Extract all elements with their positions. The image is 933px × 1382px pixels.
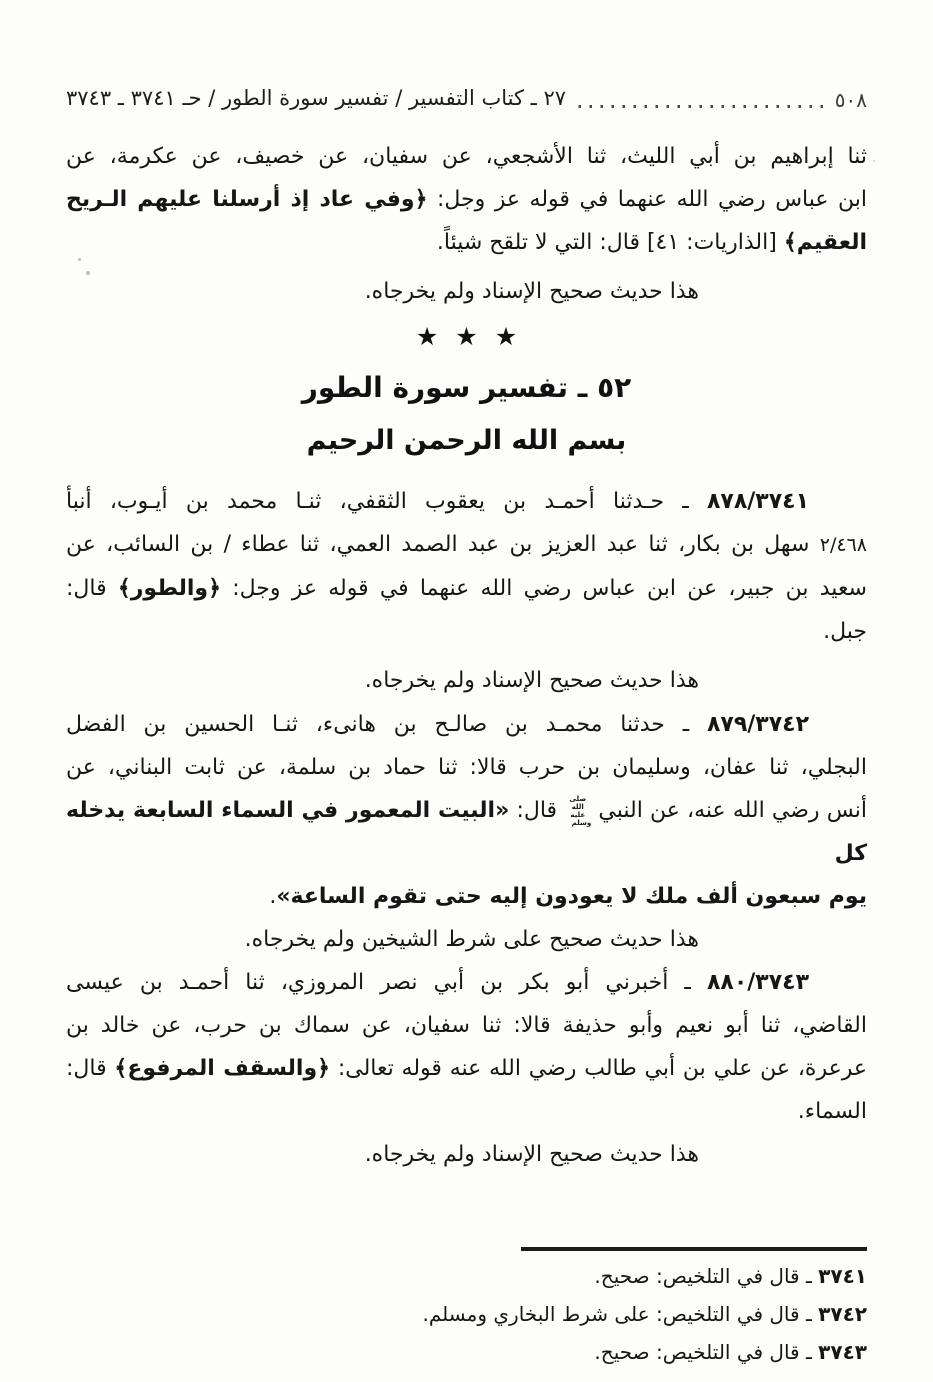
intro-paragraph: ثنا إبراهيم بن أبي الليث، ثنا الأشجعي، ع… bbox=[66, 135, 867, 264]
scan-speck bbox=[78, 258, 81, 261]
basmala: بسم الله الرحمن الرحيم bbox=[66, 419, 867, 463]
footnote-number: ٣٧٤١ bbox=[818, 1264, 867, 1288]
hadith-paragraph-3741: ٨٧٨/٣٧٤١ ـ حـدثنا أحمـد بن يعقوب الثقفي،… bbox=[66, 480, 867, 653]
stars-separator: ★★★ bbox=[66, 315, 867, 358]
text-segment: عرعرة، عن علي بن أبي طالب رضي الله عنه ق… bbox=[330, 1056, 867, 1081]
scan-speck bbox=[873, 160, 875, 162]
pbuh-ligature: صلى الله عليه وسلم bbox=[564, 795, 591, 827]
header-title: ٢٧ ـ كتاب التفسير / تفسير سورة الطور / ح… bbox=[66, 86, 566, 110]
text-segment: قال: bbox=[66, 1056, 114, 1081]
hadith-grading: هذا حديث صحيح على شرط الشيخين ولم يخرجاه… bbox=[66, 918, 867, 961]
page-number: ٥٠٨ bbox=[835, 88, 867, 112]
text-line: ٨٨٠/٣٧٤٣ ـ أخبرني أبو بكر بن أبي نصر الم… bbox=[66, 961, 867, 1004]
text-segment: ﴿وفي عاد إذ أرسلنا عليهم الـريح bbox=[66, 187, 427, 212]
text-segment: أنس رضي الله عنه، عن النبي bbox=[591, 798, 867, 823]
text-segment: ثنا إبراهيم بن أبي الليث، ثنا الأشجعي، ع… bbox=[66, 144, 867, 169]
text-line: أنس رضي الله عنه، عن النبي صلى الله عليه… bbox=[66, 789, 867, 875]
text-line: السماء. bbox=[66, 1090, 867, 1133]
text-segment: قال: bbox=[509, 798, 564, 823]
footnote-text: ـ قال في التلخيص: صحيح. bbox=[594, 1340, 818, 1364]
text-line: عرعرة، عن علي بن أبي طالب رضي الله عنه ق… bbox=[66, 1047, 867, 1090]
hadith-grading: هذا حديث صحيح الإسناد ولم يخرجاه. bbox=[66, 1133, 867, 1176]
footnote-text: ـ قال في التلخيص: صحيح. bbox=[594, 1264, 818, 1288]
text-segment: القاضي، ثنا أبو نعيم وأبو حذيفة قالا: ثن… bbox=[66, 1013, 867, 1038]
text-segment: ٢/٤٦٨ bbox=[820, 534, 867, 556]
footnote-separator bbox=[521, 1247, 867, 1251]
text-line: العقيم﴾ [الذاريات: ٤١] قال: التي لا تلقح… bbox=[66, 221, 867, 264]
text-line: القاضي، ثنا أبو نعيم وأبو حذيفة قالا: ثن… bbox=[66, 1004, 867, 1047]
footnote-number: ٣٧٤٢ bbox=[818, 1302, 867, 1326]
text-segment: سهل بن بكار، ثنا عبد العزيز بن عبد الصمد… bbox=[66, 532, 820, 557]
scanned-book-page: ٥٠٨ ٢٧ ـ كتاب التفسير / تفسير سورة الطور… bbox=[0, 0, 933, 1382]
footnote-item: ٣٧٤٢ ـ قال في التلخيص: على شرط البخاري و… bbox=[66, 1295, 867, 1333]
text-line: البجلي، ثنا عفان، وسليمان بن حرب قالا: ث… bbox=[66, 746, 867, 789]
text-line: جبل. bbox=[66, 610, 867, 653]
hadith-paragraph-3743: ٨٨٠/٣٧٤٣ ـ أخبرني أبو بكر بن أبي نصر الم… bbox=[66, 961, 867, 1133]
footnote-item: ٣٧٤١ ـ قال في التلخيص: صحيح. bbox=[66, 1257, 867, 1295]
hadith-grading: هذا حديث صحيح الإسناد ولم يخرجاه. bbox=[66, 659, 867, 702]
text-segment: ﴿والسقف المرفوع﴾ bbox=[114, 1056, 330, 1081]
text-line: سعيد بن جبير، عن ابن عباس رضي الله عنهما… bbox=[66, 567, 867, 610]
text-segment: [الذاريات: ٤١] قال: التي لا تلقح شيئاً. bbox=[437, 230, 784, 255]
header-dotted-leader bbox=[578, 105, 823, 108]
text-line: يوم سبعون ألف ملك لا يعودون إليه حتى تقو… bbox=[66, 875, 867, 918]
text-segment: ابن عباس رضي الله عنهما في قوله عز وجل: bbox=[427, 187, 867, 212]
text-block: ٥٠٨ ٢٧ ـ كتاب التفسير / تفسير سورة الطور… bbox=[66, 0, 867, 1371]
footnote-text: ـ قال في التلخيص: على شرط البخاري ومسلم. bbox=[423, 1302, 819, 1326]
text-segment: قال: bbox=[66, 576, 118, 601]
footnote-item: ٣٧٤٣ ـ قال في التلخيص: صحيح. bbox=[66, 1333, 867, 1371]
hadith-grading: هذا حديث صحيح الإسناد ولم يخرجاه. bbox=[66, 270, 867, 313]
text-segment: ـ حدثنا محمـد بن صالـح بن هانىء، ثنـا ال… bbox=[66, 712, 707, 737]
text-segment: سعيد بن جبير، عن ابن عباس رضي الله عنهما… bbox=[221, 576, 867, 601]
text-segment: السماء. bbox=[798, 1099, 867, 1124]
text-line: ٢/٤٦٨ سهل بن بكار، ثنا عبد العزيز بن عبد… bbox=[66, 523, 867, 567]
scan-speck bbox=[86, 271, 90, 275]
text-line: ٨٧٩/٣٧٤٢ ـ حدثنا محمـد بن صالـح بن هانىء… bbox=[66, 703, 867, 746]
text-segment: جبل. bbox=[823, 619, 867, 644]
text-segment: يوم سبعون ألف ملك لا يعودون إليه حتى تقو… bbox=[276, 884, 867, 909]
hadith-paragraph-3742: ٨٧٩/٣٧٤٢ ـ حدثنا محمـد بن صالـح بن هانىء… bbox=[66, 703, 867, 918]
footnotes-block: ٣٧٤١ ـ قال في التلخيص: صحيح. ٣٧٤٢ ـ قال … bbox=[66, 1257, 867, 1371]
running-header: ٥٠٨ ٢٧ ـ كتاب التفسير / تفسير سورة الطور… bbox=[66, 76, 867, 119]
text-segment: العقيم﴾ bbox=[784, 230, 867, 255]
text-segment: ٨٧٩/٣٧٤٢ bbox=[707, 712, 809, 737]
text-segment: البجلي، ثنا عفان، وسليمان بن حرب قالا: ث… bbox=[66, 755, 867, 780]
text-segment: ٨٧٨/٣٧٤١ bbox=[707, 489, 809, 514]
text-segment: ـ حـدثنا أحمـد بن يعقوب الثقفي، ثنـا محم… bbox=[66, 489, 707, 514]
text-line: ٨٧٨/٣٧٤١ ـ حـدثنا أحمـد بن يعقوب الثقفي،… bbox=[66, 480, 867, 523]
text-segment: ٨٨٠/٣٧٤٣ bbox=[707, 970, 809, 995]
text-segment: ـ أخبرني أبو بكر بن أبي نصر المروزي، ثنا… bbox=[66, 970, 707, 995]
text-segment: ﴿والطور﴾ bbox=[118, 576, 221, 601]
footnote-number: ٣٧٤٣ bbox=[818, 1340, 867, 1364]
text-line: ثنا إبراهيم بن أبي الليث، ثنا الأشجعي، ع… bbox=[66, 135, 867, 178]
surah-heading: ٥٢ ـ تفسير سورة الطور bbox=[66, 366, 867, 410]
text-line: ابن عباس رضي الله عنهما في قوله عز وجل: … bbox=[66, 178, 867, 221]
